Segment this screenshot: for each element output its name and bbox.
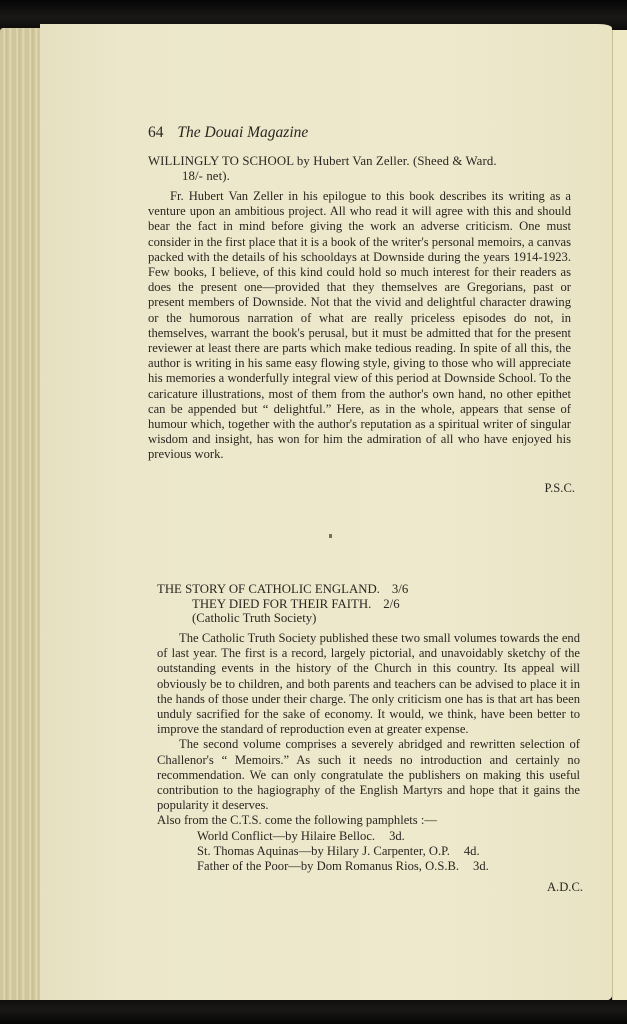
review1-body: Fr. Hubert Van Zeller in his epilogue to… — [148, 189, 571, 463]
running-head: 64 The Douai Magazine — [148, 124, 308, 142]
review2-body: The Catholic Truth Society published the… — [157, 631, 580, 874]
next-page-edge — [612, 30, 627, 1000]
review2-paragraph-2: The second volume comprises a severely a… — [157, 737, 580, 813]
pamphlet-title: Father of the Poor—by Dom Romanus Rios, … — [197, 859, 459, 873]
pamphlet-item: St. Thomas Aquinas—by Hilary J. Carpente… — [197, 844, 580, 859]
review1-paragraph: Fr. Hubert Van Zeller in his epilogue to… — [148, 189, 571, 463]
review2-publisher: (Catholic Truth Society) — [157, 611, 587, 626]
review1-title-line1: WILLINGLY TO SCHOOL by Hubert Van Zeller… — [148, 154, 497, 168]
section-divider-mark — [329, 534, 332, 538]
book-bottom-edge — [0, 1000, 627, 1024]
review1-heading: WILLINGLY TO SCHOOL by Hubert Van Zeller… — [148, 154, 588, 184]
review2-title1: THE STORY OF CATHOLIC ENGLAND. — [157, 582, 380, 596]
pamphlet-price: 4d. — [464, 844, 480, 858]
review2-price2: 2/6 — [383, 597, 399, 612]
pamphlet-item: Father of the Poor—by Dom Romanus Rios, … — [197, 859, 580, 874]
review1-signature: P.S.C. — [480, 481, 575, 496]
pamphlet-price: 3d. — [389, 829, 405, 843]
pamphlet-title: St. Thomas Aquinas—by Hilary J. Carpente… — [197, 844, 450, 858]
pamphlet-price: 3d. — [473, 859, 489, 873]
page-number: 64 — [148, 124, 164, 141]
pamphlet-title: World Conflict—by Hilaire Belloc. — [197, 829, 375, 843]
review2-heading: THE STORY OF CATHOLIC ENGLAND.3/6 THEY D… — [157, 582, 587, 626]
review2-signature: A.D.C. — [480, 880, 583, 895]
review2-also-line: Also from the C.T.S. come the following … — [157, 813, 580, 828]
pamphlet-list: World Conflict—by Hilaire Belloc.3d. St.… — [157, 829, 580, 875]
pamphlet-item: World Conflict—by Hilaire Belloc.3d. — [197, 829, 580, 844]
review2-price1: 3/6 — [392, 582, 408, 597]
magazine-title: The Douai Magazine — [177, 124, 308, 141]
review1-title-line2: 18/- net). — [148, 169, 588, 184]
review2-paragraph-1: The Catholic Truth Society published the… — [157, 631, 580, 737]
review2-title2: THEY DIED FOR THEIR FAITH. — [192, 597, 371, 611]
